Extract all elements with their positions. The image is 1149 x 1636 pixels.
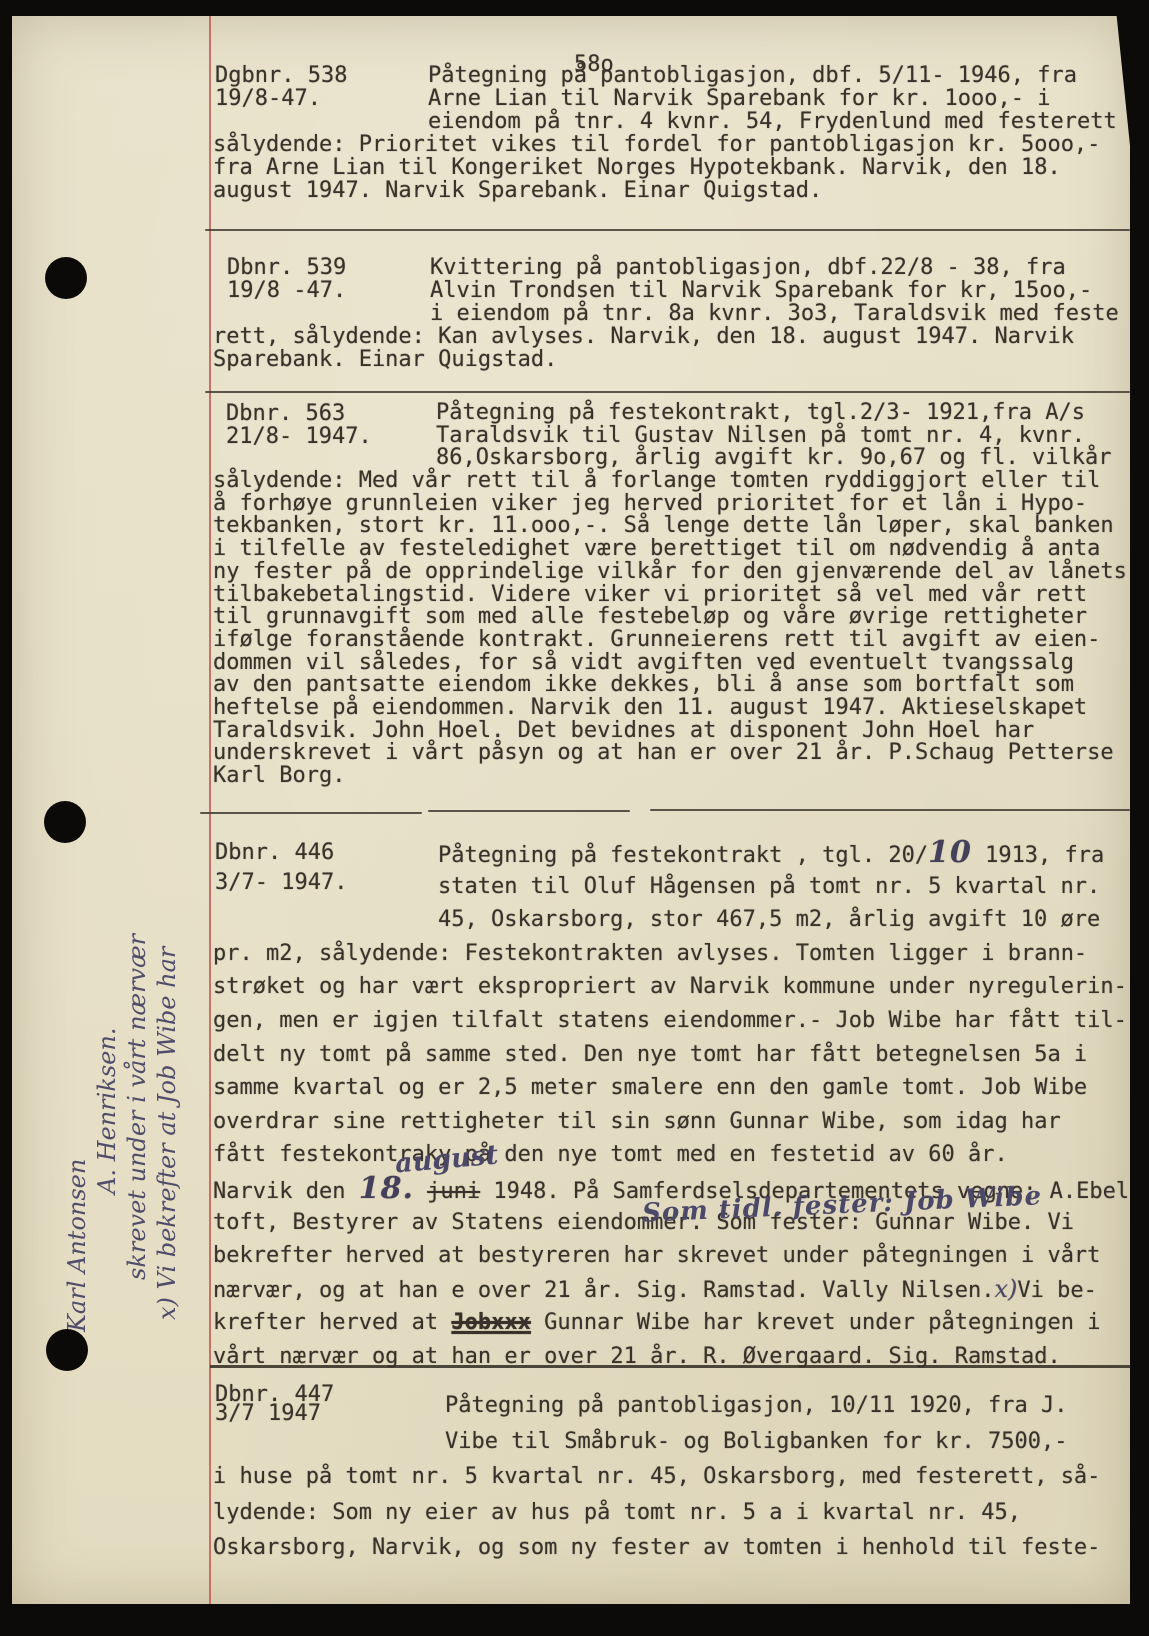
entry-line-segment: til grunnavgift som med alle festebeløp …	[213, 604, 1087, 629]
entry-line: Kvittering på pantobligasjon, dbf.22/8 -…	[213, 256, 1130, 279]
entry-line: Påtegning på pantobligasjon, dbf. 5/11- …	[213, 64, 1130, 87]
entry-line-segment: å forhøye grunnleien viker jeg herved pr…	[213, 491, 1087, 516]
entry-line-segment: Vibe til Småbruk- og Boligbanken for kr.…	[445, 1429, 1068, 1454]
entry-line-segment: Oskarsborg, Narvik, og som ny fester av …	[213, 1535, 1100, 1560]
entry-dbnr: Dbnr. 539	[227, 256, 346, 279]
entry-header: Dbnr. 56321/8- 1947.	[226, 402, 372, 448]
entry-line-segment: 1913, fra	[972, 843, 1104, 868]
margin-note-line: skrevet under i vårt nærvær	[122, 870, 152, 1280]
entry-line: Alvin Trondsen til Narvik Sparebank for …	[213, 279, 1130, 302]
entry-line: pr. m2, sålydende: Festekontrakten avlys…	[213, 937, 1130, 971]
entry-date: 3/7- 1947.	[215, 868, 347, 898]
entry-line-segment: delt ny tomt på samme sted. Den nye tomt…	[213, 1042, 1087, 1067]
entry-line: 45, Oskarsborg, stor 467,5 m2, årlig avg…	[213, 903, 1130, 937]
entry-line: underskrevet i vårt påsyn og at han er o…	[213, 742, 1130, 765]
entry-line-segment: Taraldsvik. John Hoel. Det bevidnes at d…	[213, 718, 1034, 743]
entry-line-segment: Kvittering på pantobligasjon, dbf.22/8 -…	[430, 255, 1066, 280]
entry-line-segment: nærvær, og at han e over 21 år. Sig. Ram…	[213, 1278, 994, 1303]
entry-line: overdrar sine rettigheter til sin sønn G…	[213, 1105, 1130, 1139]
entry-line: i eiendom på tnr. 8a kvnr. 3o3, Taraldsv…	[213, 302, 1130, 325]
entry-line-segment: Gunnar Wibe har krevet under påtegningen…	[531, 1310, 1101, 1335]
entry-line-segment: i huse på tomt nr. 5 kvartal nr. 45, Osk…	[213, 1464, 1100, 1489]
entry-line-segment: tilbakebetalingstid. Videre viker vi pri…	[213, 582, 1087, 607]
entry-header: Dbnr. 53919/8 -47.	[227, 256, 346, 302]
entry-header: Dbnr. 4473/7 1947	[215, 1385, 334, 1423]
margin-note-line: Karl Antonsen	[62, 870, 92, 1332]
photo-edge-bottom	[0, 1604, 1149, 1636]
entry-divider-dash	[200, 812, 422, 814]
entry-header: Dgbnr. 53819/8-47.	[215, 64, 347, 110]
entry-line-segment: vårt nærvær og at han er over 21 år. R. …	[213, 1344, 1061, 1369]
entry-line-segment: sålydende: Prioritet vikes til fordel fo…	[213, 132, 1100, 157]
entry-line: delt ny tomt på samme sted. Den nye tomt…	[213, 1038, 1130, 1072]
register-entry-539: Dbnr. 53919/8 -47.Kvittering på pantobli…	[213, 256, 1130, 371]
entry-line-segment-ink-strong: 10	[928, 835, 972, 870]
entry-divider	[205, 391, 1130, 393]
entry-line: gen, men er igjen tilfalt statens eiendo…	[213, 1004, 1130, 1038]
entry-line: bekrefter herved at bestyreren har skrev…	[213, 1239, 1130, 1273]
entry-dbnr: Dbnr. 446	[215, 838, 347, 868]
entry-line-segment: Sparebank. Einar Quigstad.	[213, 347, 557, 372]
entry-divider-dash	[428, 810, 630, 812]
entry-line: strøket og har vært ekspropriert av Narv…	[213, 970, 1130, 1004]
entry-line-segment: staten til Oluf Hågensen på tomt nr. 5 k…	[438, 874, 1100, 899]
entry-line-segment: sålydende: Med vår rett til å forlange t…	[213, 468, 1100, 493]
entry-line-segment: fått festekontraky på den nye tomt med e…	[213, 1142, 1008, 1167]
entry-line-segment: Påtegning på festekontrakt , tgl. 20/	[438, 843, 928, 868]
register-entry-447: Dbnr. 4473/7 1947Påtegning på pantobliga…	[213, 1388, 1130, 1566]
entry-line: 86,Oskarsborg, årlig avgift kr. 9o,67 og…	[213, 447, 1130, 470]
entry-line: Arne Lian til Narvik Sparebank for kr. 1…	[213, 87, 1130, 110]
entry-line-segment: Narvik den	[213, 1179, 359, 1204]
entry-line: Oskarsborg, Narvik, og som ny fester av …	[213, 1530, 1130, 1566]
entry-line: ny fester på de opprindelige vilkår for …	[213, 561, 1130, 584]
entry-line: sålydende: Prioritet vikes til fordel fo…	[213, 133, 1130, 156]
entry-line-segment: rett, sålydende: Kan avlyses. Narvik, de…	[213, 324, 1074, 349]
entry-line: sålydende: Med vår rett til å forlange t…	[213, 470, 1130, 493]
entry-line-segment-ink: x)	[994, 1275, 1017, 1303]
entry-line: dommen vil således, for så vidt avgiften…	[213, 652, 1130, 675]
entry-line-segment: august 1947. Narvik Sparebank. Einar Qui…	[213, 178, 822, 203]
entry-line: i tilfelle av festeledighet være beretti…	[213, 538, 1130, 561]
entry-line: rett, sålydende: Kan avlyses. Narvik, de…	[213, 325, 1130, 348]
handwritten-margin-note: Karl AntonsenA. Henriksen.skrevet under …	[62, 870, 188, 1342]
register-entry-446: Dbnr. 4463/7- 1947.Påtegning på festekon…	[213, 836, 1130, 1374]
register-entry-538: Dgbnr. 53819/8-47.Påtegning på pantoblig…	[213, 64, 1130, 202]
entry-header: Dbnr. 4463/7- 1947.	[215, 838, 347, 898]
entry-line: vårt nærvær og at han er over 21 år. R. …	[213, 1340, 1130, 1374]
entry-line-segment: pr. m2, sålydende: Festekontrakten avlys…	[213, 941, 1087, 966]
entry-divider	[205, 229, 1130, 231]
entry-date: 3/7 1947	[215, 1404, 334, 1423]
entry-line-segment: samme kvartal og er 2,5 meter smalere en…	[213, 1075, 1087, 1100]
entry-line: Karl Borg.	[213, 765, 1130, 788]
entry-date: 19/8 -47.	[227, 279, 346, 302]
entry-line-segment: eiendom på tnr. 4 kvnr. 54, Frydenlund m…	[428, 109, 1117, 134]
entry-line-segment: heftelse på eiendommen. Narvik den 11. a…	[213, 695, 1087, 720]
entry-line: samme kvartal og er 2,5 meter smalere en…	[213, 1071, 1130, 1105]
entry-line-segment: overdrar sine rettigheter til sin sønn G…	[213, 1109, 1061, 1134]
entry-line-segment-strike: juni	[427, 1179, 480, 1204]
entry-line: tekbanken, stort kr. 11.ooo,-. Så lenge …	[213, 515, 1130, 538]
entry-line: Taraldsvik. John Hoel. Det bevidnes at d…	[213, 720, 1130, 743]
entry-line: krefter herved at Jobxxx Gunnar Wibe har…	[213, 1306, 1130, 1340]
entry-line: fra Arne Lian til Kongeriket Norges Hypo…	[213, 156, 1130, 179]
paper-sheet: 58o Dgbnr. 53819/8-47.Påtegning på panto…	[12, 16, 1130, 1604]
entry-line-segment: fra Arne Lian til Kongeriket Norges Hypo…	[213, 155, 1061, 180]
entry-line: Sparebank. Einar Quigstad.	[213, 348, 1130, 371]
entry-line-segment: tekbanken, stort kr. 11.ooo,-. Så lenge …	[213, 513, 1114, 538]
entry-line-segment: Taraldsvik til Gustav Nilsen på tomt nr.…	[436, 423, 1085, 448]
entry-line-segment: bekrefter herved at bestyreren har skrev…	[213, 1243, 1100, 1268]
entry-line: fått festekontraky på den nye tomt med e…	[213, 1138, 1130, 1172]
entry-line: heftelse på eiendommen. Narvik den 11. a…	[213, 697, 1130, 720]
entry-line-segment-strike-heavy: Jobxxx	[451, 1310, 530, 1335]
entry-line: Vibe til Småbruk- og Boligbanken for kr.…	[213, 1424, 1130, 1460]
entry-line-segment: Påtegning på festekontrakt, tgl.2/3- 192…	[436, 400, 1085, 425]
entry-line-segment: krefter herved at	[213, 1310, 451, 1335]
entry-divider-dash	[650, 809, 1130, 811]
entry-line-segment: av den pantsatte eiendom ikke dekkes, bl…	[213, 672, 1074, 697]
entry-line: staten til Oluf Hågensen på tomt nr. 5 k…	[213, 870, 1130, 904]
entry-line: i huse på tomt nr. 5 kvartal nr. 45, Osk…	[213, 1459, 1130, 1495]
scanned-register-page: 58o Dgbnr. 53819/8-47.Påtegning på panto…	[0, 0, 1149, 1636]
entry-line: eiendom på tnr. 4 kvnr. 54, Frydenlund m…	[213, 110, 1130, 133]
entry-line: tilbakebetalingstid. Videre viker vi pri…	[213, 584, 1130, 607]
punch-hole	[46, 1329, 88, 1371]
entry-line: lydende: Som ny eier av hus på tomt nr. …	[213, 1495, 1130, 1531]
entry-line-segment: i tilfelle av festeledighet være beretti…	[213, 536, 1100, 561]
entry-line-segment: i eiendom på tnr. 8a kvnr. 3o3, Taraldsv…	[430, 301, 1119, 326]
entry-line: ifølge foranstående kontrakt. Grunneiere…	[213, 629, 1130, 652]
entry-line-segment: 86,Oskarsborg, årlig avgift kr. 9o,67 og…	[436, 445, 1112, 470]
entry-line-segment: Vi be-	[1017, 1278, 1096, 1303]
entry-line-segment: dommen vil således, for så vidt avgiften…	[213, 650, 1074, 675]
entry-line-segment: lydende: Som ny eier av hus på tomt nr. …	[213, 1500, 1021, 1525]
register-entry-563: Dbnr. 56321/8- 1947.Påtegning på festeko…	[213, 402, 1130, 788]
entry-line-segment: Påtegning på pantobligasjon, 10/11 1920,…	[445, 1393, 1068, 1418]
entry-line: til grunnavgift som med alle festebeløp …	[213, 606, 1130, 629]
margin-note-line: A. Henriksen.	[92, 870, 122, 1194]
entry-line-segment: Arne Lian til Narvik Sparebank for kr. 1…	[428, 86, 1051, 111]
entry-line-segment: Påtegning på pantobligasjon, dbf. 5/11- …	[428, 63, 1077, 88]
entry-line-segment	[414, 1179, 427, 1204]
margin-note-line: x) Vi bekrefter at Job Wibe har	[152, 870, 182, 1320]
entry-line-segment: Karl Borg.	[213, 763, 345, 788]
entry-line-segment: strøket og har vært ekspropriert av Narv…	[213, 974, 1127, 999]
entry-line-segment: gen, men er igjen tilfalt statens eiendo…	[213, 1008, 1127, 1033]
entry-line: nærvær, og at han e over 21 år. Sig. Ram…	[213, 1273, 1130, 1307]
entry-line-segment: ifølge foranstående kontrakt. Grunneiere…	[213, 627, 1100, 652]
punch-hole	[45, 257, 87, 299]
entry-dbnr: Dbnr. 563	[226, 402, 372, 425]
entry-line-segment: ny fester på de opprindelige vilkår for …	[213, 559, 1127, 584]
entry-line-segment: Alvin Trondsen til Narvik Sparebank for …	[430, 278, 1092, 303]
entry-line: august 1947. Narvik Sparebank. Einar Qui…	[213, 179, 1130, 202]
entry-line: Påtegning på pantobligasjon, 10/11 1920,…	[213, 1388, 1130, 1424]
entry-date: 21/8- 1947.	[226, 425, 372, 448]
entry-line: Påtegning på festekontrakt , tgl. 20/10 …	[213, 836, 1130, 870]
entry-line: av den pantsatte eiendom ikke dekkes, bl…	[213, 674, 1130, 697]
entry-line-segment: underskrevet i vårt påsyn og at han er o…	[213, 740, 1114, 765]
entry-dbnr: Dgbnr. 538	[215, 64, 347, 87]
entry-line-segment: 45, Oskarsborg, stor 467,5 m2, årlig avg…	[438, 907, 1100, 932]
punch-hole	[44, 801, 86, 843]
entry-date: 19/8-47.	[215, 87, 347, 110]
